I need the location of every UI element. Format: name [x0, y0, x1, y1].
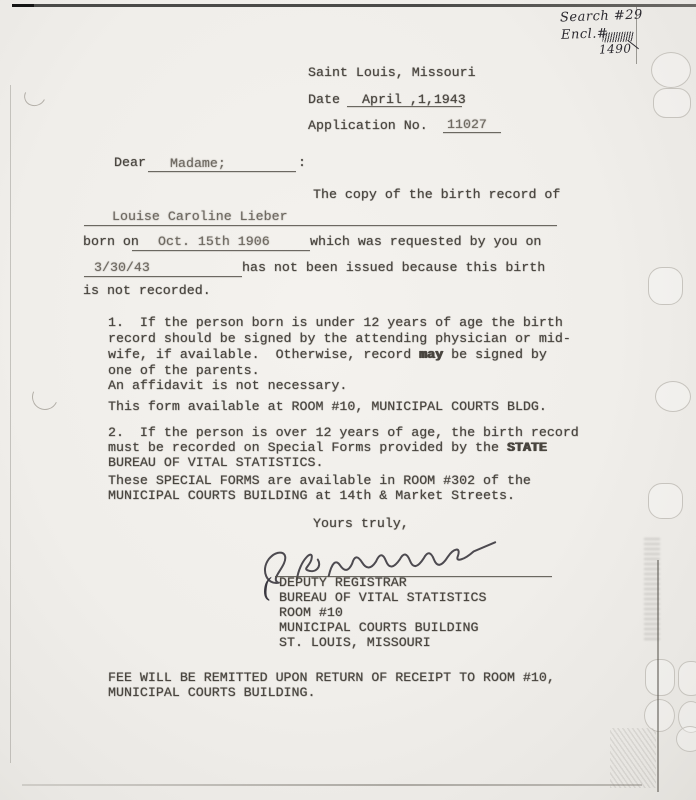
- item2-line2-overstruck-word: STATE: [507, 440, 547, 455]
- item2-line1: 2. If the person is over 12 years of age…: [108, 425, 579, 441]
- punch-hole: [678, 661, 696, 696]
- punch-hole: [648, 267, 683, 305]
- page-top-edge-line: [12, 4, 696, 7]
- salutation-label: Dear: [114, 155, 146, 171]
- birth-date-blank-line: [132, 250, 310, 251]
- note-search-number: Search #29: [560, 8, 643, 26]
- letterhead-city: Saint Louis, Missouri: [308, 65, 476, 81]
- item2-line3: BUREAU OF VITAL STATISTICS.: [108, 455, 323, 471]
- record-name-blank-line: [84, 225, 557, 226]
- salutation-blank-line: [148, 171, 296, 172]
- paper-texture-smudge: [610, 728, 656, 788]
- form-location-line: This form available at ROOM #10, MUNICIP…: [108, 399, 547, 415]
- punch-hole: [648, 483, 683, 519]
- not-recorded-line: is not recorded.: [83, 283, 211, 299]
- date-label: Date: [308, 92, 340, 108]
- faint-edge-stamp: [644, 538, 660, 640]
- punch-hole: [651, 52, 691, 88]
- after-birth-date-text: which was requested by you on: [310, 234, 541, 250]
- special-forms-line1: These SPECIAL FORMS are available in ROO…: [108, 473, 531, 489]
- application-no-label: Application No.: [308, 118, 428, 134]
- fee-notice-line2: MUNICIPAL COURTS BUILDING.: [108, 685, 315, 701]
- record-name: Louise Caroline Lieber: [112, 209, 288, 225]
- birth-date-value: Oct. 15th 1906: [158, 234, 270, 250]
- application-no-value: 11027: [447, 117, 487, 133]
- salutation-colon: :: [298, 155, 306, 171]
- punch-hole: [653, 88, 691, 118]
- left-page-edge-line: [10, 85, 11, 763]
- punch-hole: [676, 726, 696, 752]
- item1-line4: one of the parents.: [108, 363, 260, 379]
- request-date-blank-line: [84, 276, 242, 277]
- item1-line3-post: be signed by: [443, 347, 547, 362]
- signer-title-line5: ST. LOUIS, MISSOURI: [279, 635, 431, 651]
- intro-line: The copy of the birth record of: [313, 187, 560, 203]
- after-request-date-text: has not been issued because this birth: [242, 260, 545, 276]
- signer-title-line3: ROOM #10: [279, 605, 343, 621]
- punch-hole: [655, 381, 691, 412]
- smudge-curve-mark: [21, 83, 49, 109]
- date-blank-line: [347, 106, 462, 107]
- signer-title-line2: BUREAU OF VITAL STATISTICS: [279, 590, 486, 606]
- punch-hole: [645, 659, 675, 696]
- valediction: Yours truly,: [313, 516, 409, 532]
- application-no-blank-line: [443, 132, 501, 133]
- note-year: 1490: [599, 41, 632, 56]
- request-date-value: 3/30/43: [94, 260, 150, 276]
- special-forms-line2: MUNICIPAL COURTS BUILDING at 14th & Mark…: [108, 488, 515, 504]
- scanned-letter-page: Search #29 Encl.# 1490 Saint Louis, Miss…: [0, 0, 696, 800]
- affidavit-line: An affidavit is not necessary.: [108, 378, 347, 394]
- smudge-curve-mark: [28, 380, 61, 413]
- item2-line2: must be recorded on Special Forms provid…: [108, 440, 547, 456]
- signer-title-line4: MUNICIPAL COURTS BUILDING: [279, 620, 479, 636]
- born-on-label: born on: [83, 234, 139, 250]
- item1-line3-overstruck-word: may: [419, 347, 443, 362]
- page-bottom-edge-line: [22, 784, 642, 786]
- item1-line1: 1. If the person born is under 12 years …: [108, 315, 563, 331]
- salutation-recipient: Madame;: [170, 156, 226, 172]
- item1-line2: record should be signed by the attending…: [108, 331, 571, 347]
- fee-notice-line1: FEE WILL BE REMITTED UPON RETURN OF RECE…: [108, 670, 555, 686]
- item1-line3-pre: wife, if available. Otherwise, record: [108, 347, 419, 362]
- item2-line2-pre: must be recorded on Special Forms provid…: [108, 440, 507, 455]
- item1-line3: wife, if available. Otherwise, record ma…: [108, 347, 547, 363]
- signer-title-line1: DEPUTY REGISTRAR: [279, 575, 407, 591]
